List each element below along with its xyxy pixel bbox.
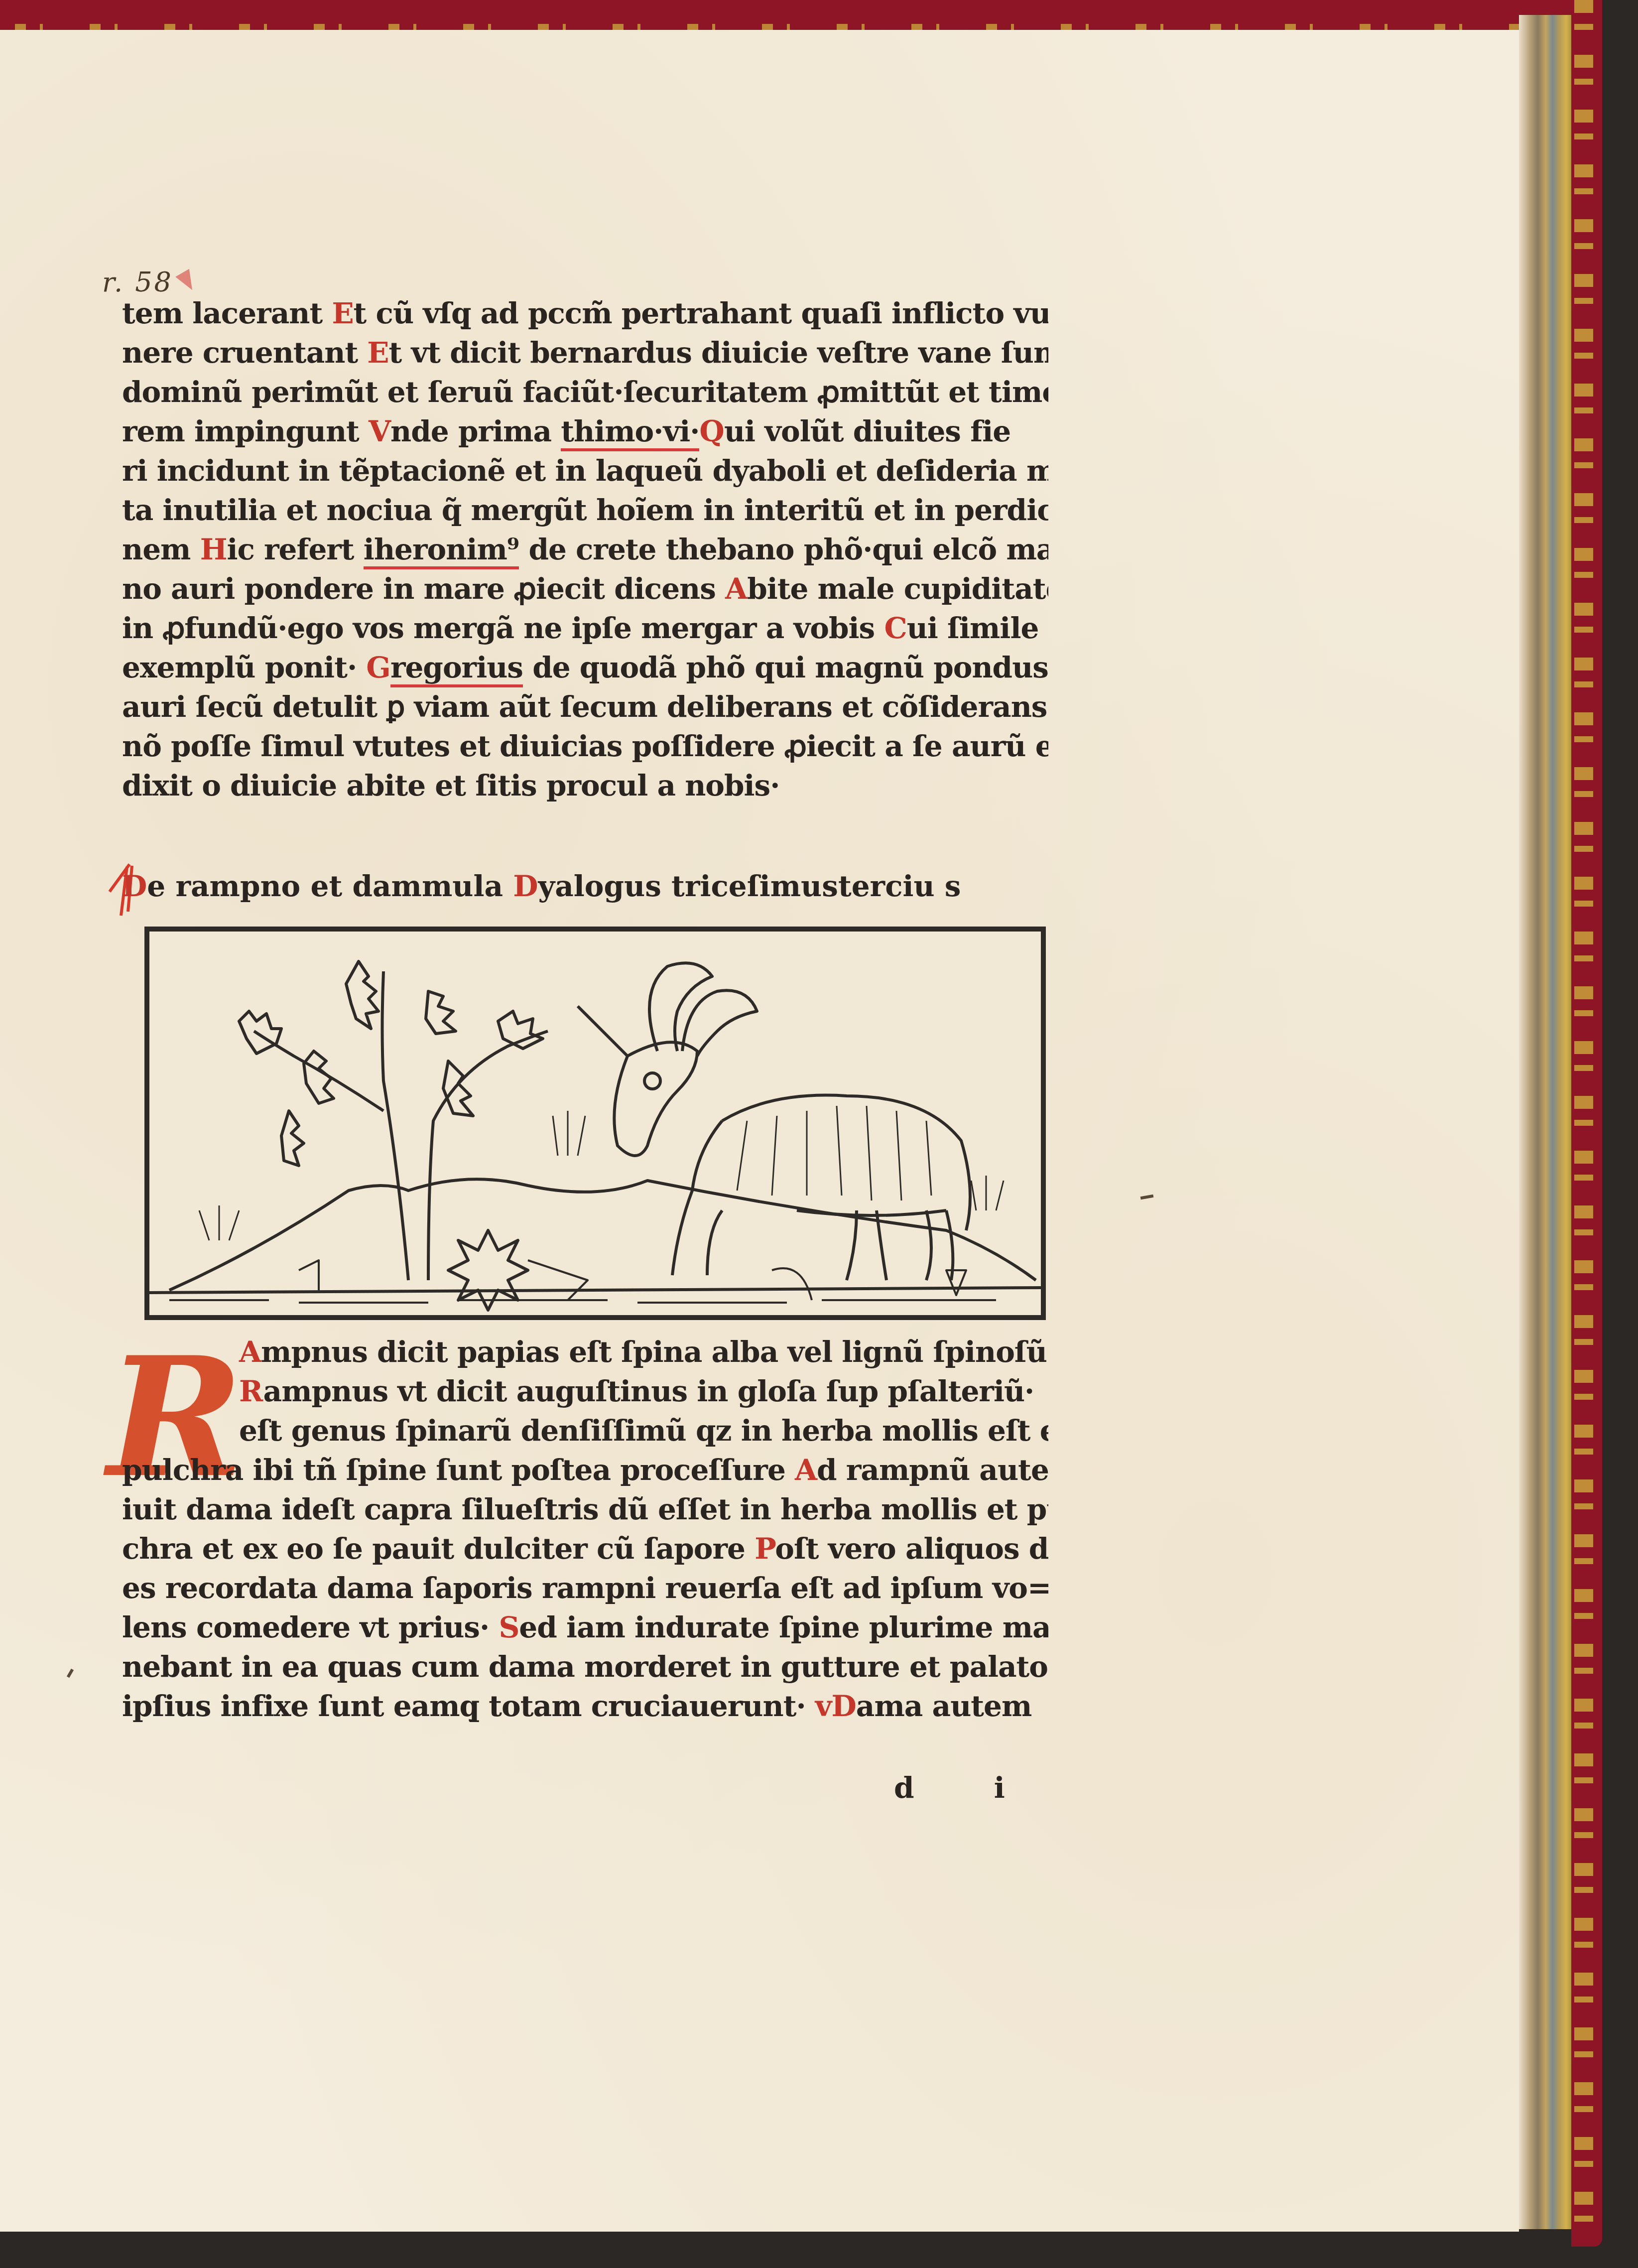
rubricated-capital: A [725,572,747,606]
text-line: nem Hic refert iheronim⁹ de crete theban… [122,530,1048,569]
rubricated-capital: D [513,869,538,903]
text-line: Ampnus dicit papias eſt ſpina alba vel l… [122,1333,1048,1372]
rubricated-capital: G [366,651,390,684]
rubricated-capital: E [332,296,353,330]
text-line: in ꝓfundũ·ego vos mergã ne ipſe mergar a… [122,609,1048,648]
red-underlined-name: iheronim⁹ [364,533,519,569]
signature-mark: d i [894,1771,1040,1805]
text-line: dominũ perimũt et ſeruũ faciũt·ſecuritat… [122,373,1048,412]
text-line: auri ſecũ detulit ꝑ viam aũt ſecum delib… [122,687,1048,727]
goat-woodcut-drawing [149,932,1041,1315]
chapter-heading: De rampno et dammula Dyalogus triceſimus… [122,869,961,903]
red-check-mark: v [815,1689,832,1723]
rubricated-capital: D [122,869,147,903]
rubricated-capital: H [200,533,227,566]
rubricated-capital: E [367,336,388,370]
text-line: lens comedere vt prius· Sed iam indurate… [122,1608,1048,1647]
text-line: exemplũ ponit· Gregorius de quodã phõ qu… [122,648,1048,687]
text-block-lower: Ampnus dicit papias eſt ſpina alba vel l… [122,1333,1048,1726]
text-line: ta inutilia et nociua q̃ mergũt hoĩem in… [122,491,1048,530]
rubricated-capital: Q [699,414,724,448]
rubricated-capital: R [239,1374,263,1408]
text-line: dixit o diuicie abite et ſitis procul a … [122,766,1048,805]
rubricated-capital: V [369,414,390,448]
text-line: nõ poſſe ſimul vtutes et diuicias poſſid… [122,727,1048,766]
manuscript-marginal-note: r. 58 [102,267,195,298]
red-underlined-name: regorius [390,651,523,687]
rubricated-capital: P [755,1532,775,1566]
page-fore-edge [1519,15,1573,2229]
text-line: ri incidunt in tẽptacionẽ et in laqueũ d… [122,451,1048,491]
book-binding-right-edge [1571,0,1602,2247]
text-line: es recordata dama ſaporis rampni reuerſa… [122,1569,1048,1608]
text-line: nebant in ea quas cum dama morderet in g… [122,1647,1048,1687]
text-line: rem impingunt Vnde prima thimo·vi·Qui vo… [122,412,1048,451]
text-line: tem lacerant Et cũ vſq̧ ad pccm̃ pertrah… [122,294,1048,333]
text-line: no auri pondere in mare ꝓiecit dicens Ab… [122,569,1048,609]
text-line: nere cruentant Et vt dicit bernardus diu… [122,333,1048,373]
red-underlined-citation: thimo·vi· [561,414,699,451]
gilt-tooling-right [1574,0,1593,2247]
rubricated-capital: C [884,611,906,645]
text-line: ipſius infixe ſunt eamq̧ totam cruciauer… [122,1687,1048,1726]
text-line: chra et ex eo ſe pauit dulciter cũ ſapor… [122,1529,1048,1569]
text-line: Rampnus vt dicit auguſtinus in gloſa ſup… [122,1372,1048,1411]
rubricated-capital: S [499,1610,519,1644]
text-line: iuit dama ideſt capra ſilueſtris dũ eſſe… [122,1490,1048,1529]
text-line: pulchra ibi tñ ſpine ſunt poſtea proceſſ… [122,1451,1048,1490]
woodcut-illustration-goat-and-thornbush [144,927,1046,1320]
text-line: eſt genus ſpinarũ denſiſſimũ qz in herba… [122,1411,1048,1451]
text-block-upper: tem lacerant Et cũ vſq̧ ad pccm̃ pertrah… [122,294,1048,805]
rubricated-capital: A [795,1453,817,1487]
rubricated-capital: A [239,1335,261,1369]
rubricated-capital: D [832,1689,856,1723]
